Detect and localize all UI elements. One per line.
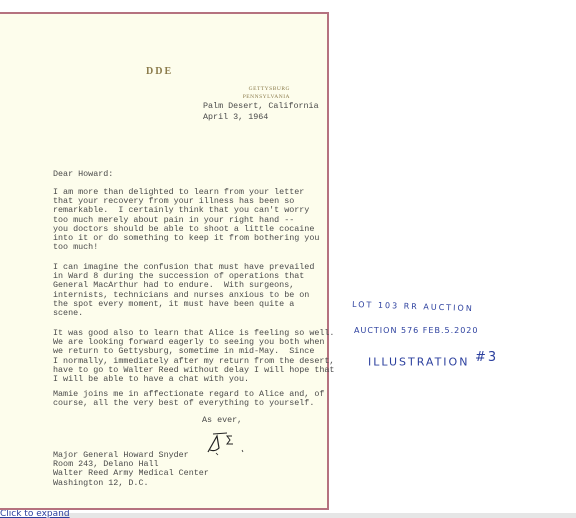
signature-icon [205,428,245,458]
handwritten-lot-note: LOT 103 RR AUCTION [352,300,474,313]
letterhead-state: Pennsylvania [243,94,290,100]
bottom-bar [60,513,576,518]
letter-closing: As ever, [202,416,242,425]
recipient-address: Major General Howard Snyder Room 243, De… [53,451,209,488]
letter-salutation: Dear Howard: [53,170,113,179]
letter-paragraph: I can imagine the confusion that must ha… [53,263,314,318]
illustration-label: ILLUSTRATION [368,356,469,369]
letter-date: April 3, 1964 [203,113,268,122]
handwritten-auction-note: AUCTION 576 FEB.5.2020 [354,326,478,335]
click-to-expand-link[interactable]: Click to expand [0,510,70,518]
letterhead-city: Gettysburg [249,86,290,92]
handwritten-illustration-note: ILLUSTRATION #3 [368,350,498,369]
letter-paragraph: Mamie joins me in affectionate regard to… [53,390,324,408]
illustration-number: #3 [475,350,498,365]
letter-paragraph: It was good also to learn that Alice is … [53,329,334,384]
letter-paper: DDE Gettysburg Pennsylvania Palm Desert,… [0,12,329,510]
letterhead-monogram: DDE [146,66,173,77]
letter-place: Palm Desert, California [203,102,319,111]
letter-paragraph: I am more than delighted to learn from y… [53,188,319,252]
